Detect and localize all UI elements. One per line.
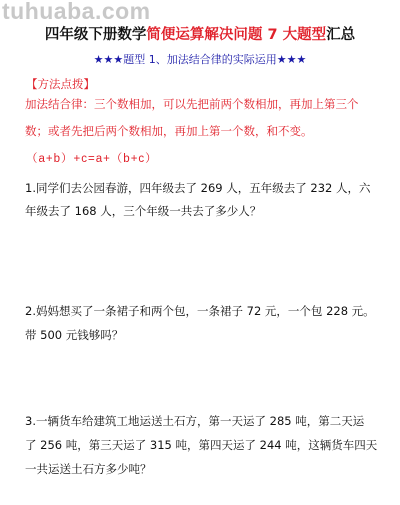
question-3-line-1: 3.一辆货车给建筑工地运送土石方，第一天运了 285 吨，第二天运 bbox=[25, 408, 390, 435]
method-tip-label: 【方法点拨】 bbox=[26, 76, 95, 92]
section-heading: ★★★题型 1、加法结合律的实际运用★★★ bbox=[0, 51, 400, 67]
rule-line-1: 加法结合律：三个数相加，可以先把前两个数相加，再加上第三个 bbox=[25, 91, 385, 118]
title-highlight: 简便运算解决问题 7 大题型 bbox=[146, 27, 326, 43]
title-suffix: 汇总 bbox=[326, 27, 355, 43]
rule-line-2: 数；或者先把后两个数相加，再加上第一个数，和不变。 bbox=[25, 118, 385, 145]
page-title: 四年级下册数学简便运算解决问题 7 大题型汇总 bbox=[0, 23, 400, 44]
watermark: tuhuaba.com bbox=[2, 0, 151, 25]
question-2-line-2: 带 500 元钱够吗？ bbox=[25, 322, 390, 349]
question-1-line-2: 年级去了 168 人，三个年级一共去了多少人？ bbox=[25, 198, 390, 225]
question-3-line-3: 一共运送土石方多少吨？ bbox=[25, 456, 390, 483]
formula: （a+b）+c=a+（b+c） bbox=[26, 150, 158, 166]
title-prefix: 四年级下册数学 bbox=[45, 27, 147, 43]
question-3-line-2: 了 256 吨，第三天运了 315 吨，第四天运了 244 吨，这辆货车四天 bbox=[25, 432, 390, 459]
question-2-line-1: 2.妈妈想买了一条裙子和两个包，一条裙子 72 元，一个包 228 元。 bbox=[25, 298, 390, 325]
